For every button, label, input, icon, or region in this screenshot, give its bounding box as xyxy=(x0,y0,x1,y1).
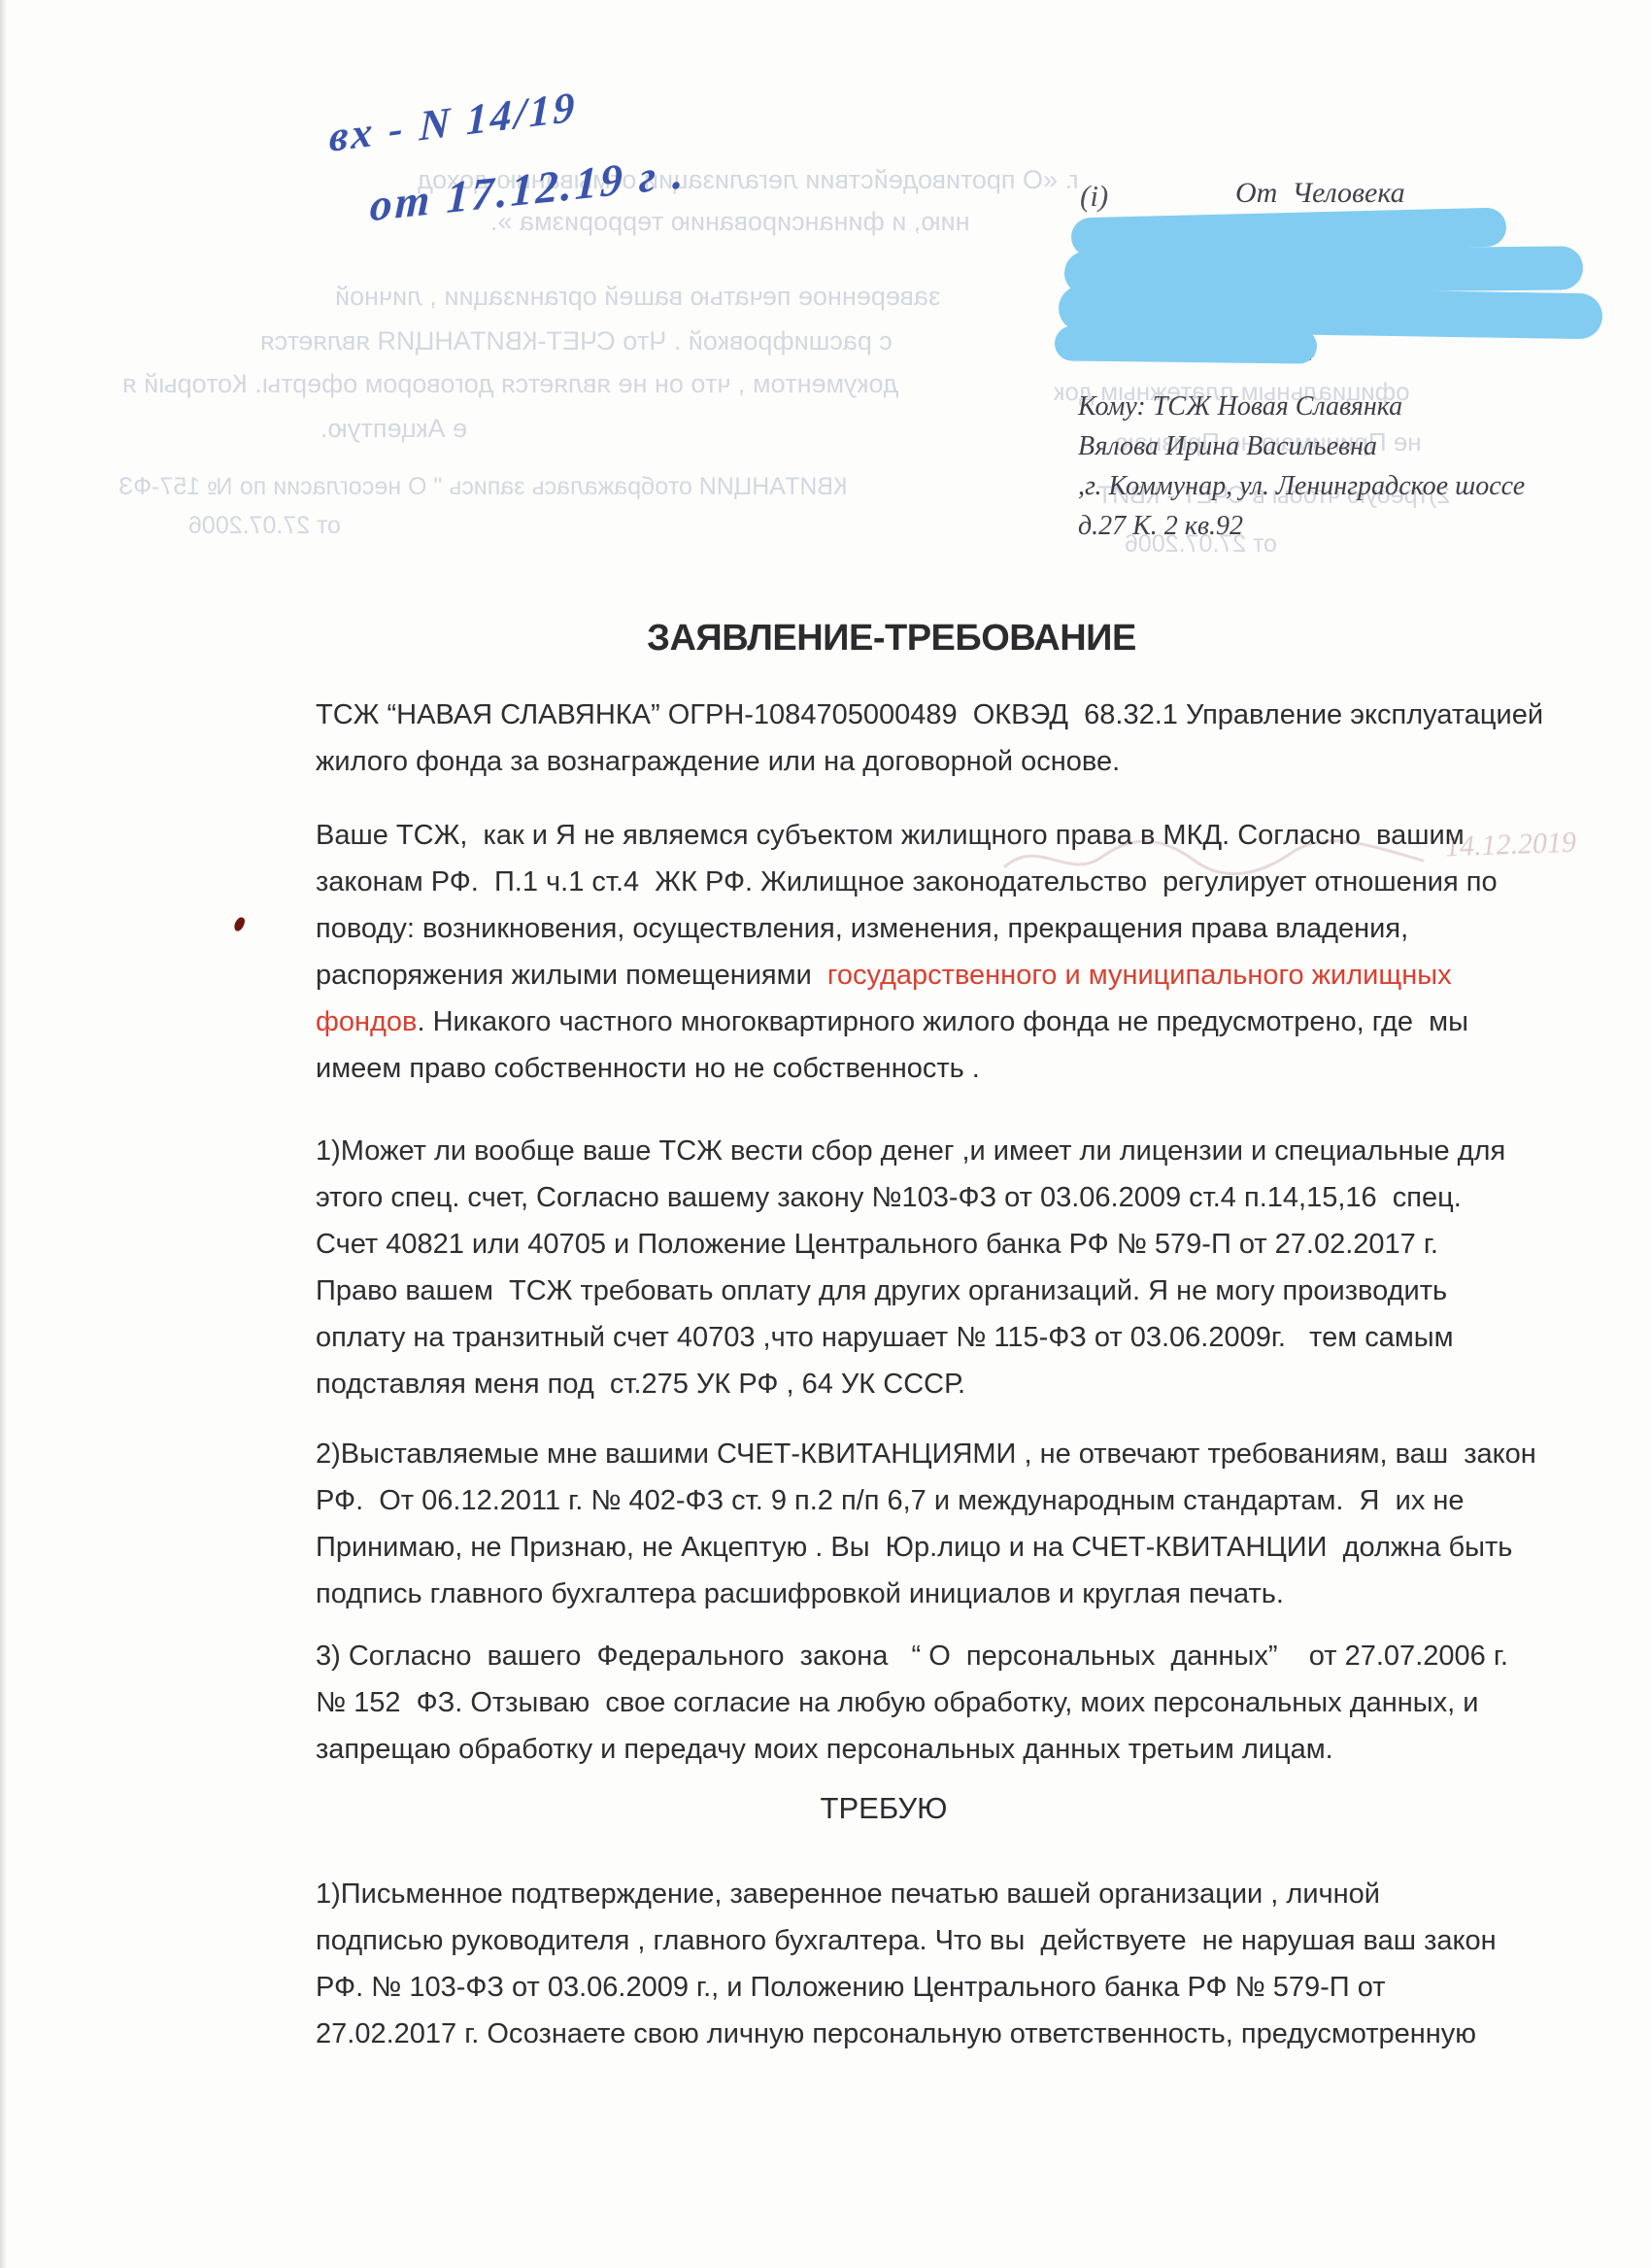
text-segment: имеем право собственности но не собствен… xyxy=(316,1053,980,1084)
text-line: 2)Выставляемые мне вашими СЧЕТ-КВИТАНЦИЯ… xyxy=(316,1431,1536,1477)
body-paragraph: 1)Может ли вообще ваше ТСЖ вести сбор де… xyxy=(316,1128,1505,1407)
text-segment: 3) Согласно вашего Федерального закона “… xyxy=(316,1641,1508,1672)
bleedthrough-text: нию, и финансированию терроризма ». xyxy=(490,207,970,237)
ink-speck xyxy=(232,916,246,932)
text-line: запрещаю обработку и передачу моих персо… xyxy=(316,1726,1508,1773)
text-segment: поводу: возникновения, осуществления, из… xyxy=(316,913,1408,944)
recipient-line: Кому: ТСЖ Новая Славянка xyxy=(1078,387,1525,426)
text-line: 27.02.2017 г. Осознаете свою личную перс… xyxy=(316,2011,1497,2057)
text-segment: Принимаю, не Признаю, не Акцептую . Вы Ю… xyxy=(316,1532,1512,1563)
recipient-line: Вялова Ирина Васильевна xyxy=(1078,426,1525,466)
body-paragraph: 3) Согласно вашего Федерального закона “… xyxy=(316,1633,1508,1773)
text-line: поводу: возникновения, осуществления, из… xyxy=(316,905,1498,952)
text-line: Право вашем ТСЖ требовать оплату для дру… xyxy=(316,1268,1505,1314)
text-line: Счет 40821 или 40705 и Положение Централ… xyxy=(316,1221,1505,1268)
body-paragraph: 2)Выставляемые мне вашими СЧЕТ-КВИТАНЦИЯ… xyxy=(316,1431,1536,1617)
text-segment: подписью руководителя , главного бухгалт… xyxy=(316,1925,1497,1956)
text-line: законам РФ. П.1 ч.1 ст.4 ЖК РФ. Жилищное… xyxy=(316,859,1498,905)
text-segment: оплату на транзитный счет 40703 ,что нар… xyxy=(316,1322,1454,1353)
incoming-stamp-number: вх - N 14/19 xyxy=(329,82,578,162)
text-segment: подставляя меня под ст.275 УК РФ , 64 УК… xyxy=(316,1369,965,1400)
scanner-edge-shadow xyxy=(0,0,7,2268)
text-line: этого спец. счет, Согласно вашему закону… xyxy=(316,1174,1505,1221)
emphasized-red-text: фондов xyxy=(316,1006,417,1037)
bleedthrough-text: заверенное печатью вашей организации , л… xyxy=(335,282,940,312)
text-line: ТСЖ “НАВАЯ СЛАВЯНКА” ОГРН-1084705000489 … xyxy=(316,692,1543,738)
text-segment: 27.02.2017 г. Осознаете свою личную перс… xyxy=(316,2018,1476,2049)
text-line: подпись главного бухгалтера расшифровкой… xyxy=(316,1571,1536,1617)
recipient-line: д.27 К. 2 кв.92 xyxy=(1078,506,1525,546)
from-label: От Человека xyxy=(1235,177,1405,210)
text-line: № 152 ФЗ. Отзываю свое согласие на любую… xyxy=(316,1679,1508,1726)
text-segment: распоряжения жилыми помещениями xyxy=(316,960,827,991)
text-segment: . Никакого частного многоквартирного жил… xyxy=(417,1006,1467,1037)
text-line: РФ. № 103-ФЗ от 03.06.2009 г., и Положен… xyxy=(316,1964,1497,2011)
text-line: жилого фонда за вознаграждение или на до… xyxy=(316,738,1543,785)
document-title: ЗАЯВЛЕНИЕ-ТРЕБОВАНИЕ xyxy=(319,618,1465,660)
text-segment: жилого фонда за вознаграждение или на до… xyxy=(316,746,1120,777)
text-segment: РФ. От 06.12.2011 г. № 402-ФЗ ст. 9 п.2 … xyxy=(316,1485,1465,1516)
text-line: Принимаю, не Признаю, не Акцептую . Вы Ю… xyxy=(316,1524,1536,1571)
emphasized-red-text: государственного и муниципального жилищн… xyxy=(827,960,1452,991)
text-segment: 2)Выставляемые мне вашими СЧЕТ-КВИТАНЦИЯ… xyxy=(316,1439,1536,1470)
scanned-document-page: г. «О противодействии легализации отмыва… xyxy=(0,0,1651,2268)
text-segment: № 152 ФЗ. Отзываю свое согласие на любую… xyxy=(316,1687,1478,1718)
redaction-stroke xyxy=(1055,325,1317,363)
text-segment: Право вашем ТСЖ требовать оплату для дру… xyxy=(316,1275,1447,1306)
text-segment: запрещаю обработку и передачу моих персо… xyxy=(316,1734,1333,1765)
text-line: имеем право собственности но не собствен… xyxy=(316,1045,1498,1092)
demand-heading: ТРЕБУЮ xyxy=(320,1785,1447,1832)
text-line: фондов. Никакого частного многоквартирно… xyxy=(316,999,1498,1045)
text-line: оплату на транзитный счет 40703 ,что нар… xyxy=(316,1314,1505,1361)
bleedthrough-text: е Акцептую. xyxy=(320,414,467,444)
bleedthrough-text: с расшифровкой . Что СЧЕТ-КВИТАНЦИЯ явля… xyxy=(260,326,893,356)
text-segment: РФ. № 103-ФЗ от 03.06.2009 г., и Положен… xyxy=(316,1972,1385,2003)
bleedthrough-text: КВИТАНЦИИ отображалась запись " О несогл… xyxy=(118,473,848,501)
body-paragraph: 1)Письменное подтверждение, заверенное п… xyxy=(316,1871,1497,2057)
body-paragraph: ТСЖ “НАВАЯ СЛАВЯНКА” ОГРН-1084705000489 … xyxy=(316,692,1543,785)
info-mark: (i) xyxy=(1080,179,1108,214)
text-segment: ТСЖ “НАВАЯ СЛАВЯНКА” ОГРН-1084705000489 … xyxy=(316,699,1543,730)
text-line: 1)Может ли вообще ваше ТСЖ вести сбор де… xyxy=(316,1128,1505,1174)
body-paragraph: Ваше ТСЖ, как и Я не являемся субъектом … xyxy=(316,812,1498,1092)
text-segment: 1)Может ли вообще ваше ТСЖ вести сбор де… xyxy=(316,1135,1505,1167)
text-segment: 1)Письменное подтверждение, заверенное п… xyxy=(316,1879,1380,1910)
text-segment: законам РФ. П.1 ч.1 ст.4 ЖК РФ. Жилищное… xyxy=(316,866,1498,897)
text-line: 1)Письменное подтверждение, заверенное п… xyxy=(316,1871,1497,1917)
text-line: подписью руководителя , главного бухгалт… xyxy=(316,1917,1497,1964)
text-segment: этого спец. счет, Согласно вашему закону… xyxy=(316,1182,1462,1213)
recipient-block: Кому: ТСЖ Новая Славянка Вялова Ирина Ва… xyxy=(1078,387,1525,546)
bleedthrough-text: документом , что он не является договоро… xyxy=(122,369,898,399)
text-line: подставляя меня под ст.275 УК РФ , 64 УК… xyxy=(316,1361,1505,1407)
text-line: Ваше ТСЖ, как и Я не являемся субъектом … xyxy=(316,812,1498,859)
bleedthrough-text: от 27.07.2006 xyxy=(188,512,341,540)
recipient-line: ,г. Коммунар, ул. Ленинградское шоссе xyxy=(1078,466,1525,506)
text-segment: Ваше ТСЖ, как и Я не являемся субъектом … xyxy=(316,820,1465,851)
text-segment: подпись главного бухгалтера расшифровкой… xyxy=(316,1578,1284,1609)
text-line: РФ. От 06.12.2011 г. № 402-ФЗ ст. 9 п.2 … xyxy=(316,1477,1536,1524)
text-segment: Счет 40821 или 40705 и Положение Централ… xyxy=(316,1229,1438,1260)
text-line: распоряжения жилыми помещениями государс… xyxy=(316,952,1498,999)
text-line: 3) Согласно вашего Федерального закона “… xyxy=(316,1633,1508,1679)
